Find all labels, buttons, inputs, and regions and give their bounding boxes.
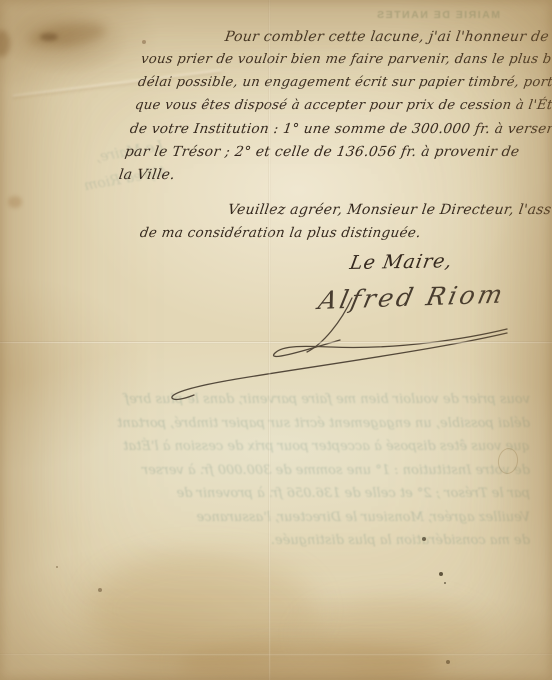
bleed-line: de ma considération la plus distinguée.	[22, 529, 530, 553]
letter-line: délai possible, un engagement écrit sur …	[137, 75, 552, 90]
stain-ring	[496, 447, 519, 476]
ink-bleedthrough: vous prier de vouloir bien me faire parv…	[22, 388, 530, 553]
stain	[40, 33, 58, 41]
foxing-specks	[0, 0, 2, 2]
stain	[300, 598, 485, 670]
bleed-line: délai possible, un engagement écrit sur …	[22, 412, 530, 436]
letter-line: par le Trésor ; 2° et celle de 136.056 f…	[124, 144, 521, 160]
letter-line: de votre Institution : 1° une somme de 3…	[129, 121, 552, 137]
letter-line: que vous êtes disposé à accepter pour pr…	[134, 98, 552, 113]
stain	[88, 552, 318, 667]
bleed-line: vous prier de vouloir bien me faire parv…	[22, 388, 530, 412]
closing-le-maire: Le Maire,	[348, 250, 454, 274]
letter-line: vous prier de vouloir bien me faire parv…	[140, 52, 552, 67]
stain	[175, 642, 440, 680]
stain	[0, 30, 10, 57]
stain	[27, 19, 107, 50]
letter-line: Pour combler cette lacune, j'ai l'honneu…	[224, 29, 550, 45]
horizontal-fold-crease	[0, 653, 552, 656]
bleed-line: par le Trésor ; 2° et celle de 136.056 f…	[22, 482, 530, 506]
bleed-line: Veuillez agréer, Monsieur le Directeur, …	[22, 506, 530, 530]
bleed-line: que vous êtes disposé à accepter pour pr…	[22, 435, 530, 459]
letter-line: la Ville.	[118, 167, 176, 183]
signature: Alfred Riom	[316, 280, 508, 315]
letter-page: MAIRIE DE NANTES vous prier de vouloir b…	[0, 0, 552, 680]
stain	[8, 196, 22, 208]
stamp-bleedthrough: MAIRIE DE NANTES	[390, 9, 500, 21]
bleed-line: de votre Institution : 1° une somme de 3…	[22, 459, 530, 483]
letter-line: de ma considération la plus distinguée.	[139, 225, 422, 241]
horizontal-fold-crease	[0, 341, 552, 344]
letter-line: Veuillez agréer, Monsieur le Directeur, …	[227, 202, 552, 218]
